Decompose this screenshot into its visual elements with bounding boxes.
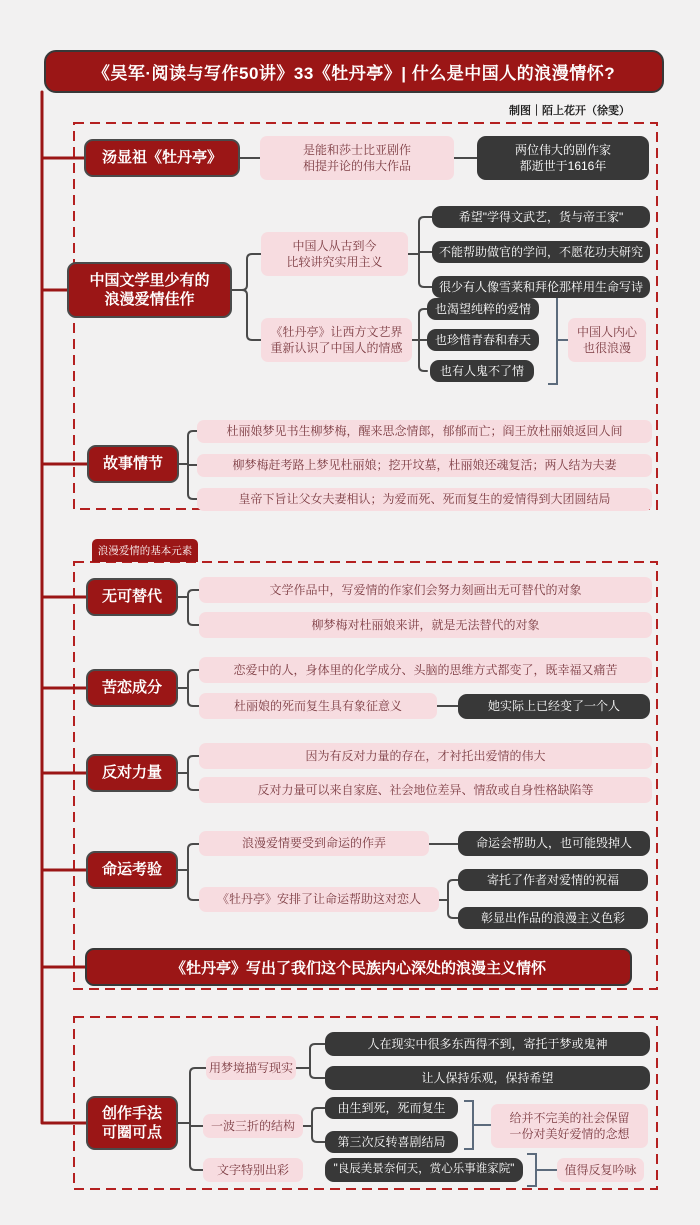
page-title: 《吴军·阅读与写作50讲》33《牡丹亭》| 什么是中国人的浪漫情怀? [44, 50, 664, 93]
point-fate-helps-lovers: 《牡丹亭》安排了让命运帮助这对恋人 [199, 887, 439, 912]
node-west-rediscovered-chinese-emotion: 《牡丹亭》让西方文艺界 重新认识了中国人的情感 [261, 318, 412, 362]
node-chinese-pragmatism: 中国人从古到今 比较讲究实用主义 [261, 232, 408, 276]
topic-opposing-forces: 反对力量 [86, 754, 178, 792]
spine-lines [42, 92, 87, 1123]
topic-test-of-fate: 命运考验 [86, 851, 178, 889]
point-sources-of-opposition: 反对力量可以来自家庭、社会地位差异、情敌或自身性格缺陷等 [199, 777, 652, 803]
note-worth-rereading: 值得反复吟咏 [557, 1158, 644, 1182]
note-chinese-hearts-romantic: 中国人内心 也很浪漫 [568, 318, 646, 362]
node-dream-depicts-reality: 用梦境描写现实 [206, 1056, 296, 1080]
conclusion-banner: 《牡丹亭》写出了我们这个民族内心深处的浪漫主义情怀 [85, 948, 632, 986]
note-shakespeare-comparison: 是能和莎士比亚剧作 相提并论的伟大作品 [260, 136, 454, 180]
mindmap-canvas: 《吴军·阅读与写作50讲》33《牡丹亭》| 什么是中国人的浪漫情怀? 制图｜陌上… [0, 0, 700, 1225]
divider-tab-romantic-elements: 浪漫爱情的基本元素 [92, 539, 198, 562]
detail-authors-blessing: 寄托了作者对爱情的祝福 [458, 869, 648, 891]
node-brilliant-writing: 文字特别出彩 [203, 1158, 303, 1182]
detail-romanticism-color: 彰显出作品的浪漫主义色彩 [458, 907, 648, 929]
plot-resurrection: 柳梦梅赶考路上梦见杜丽娘；挖开坟墓，杜丽娘还魂复活；两人结为夫妻 [197, 454, 652, 477]
detail-cherish-youth-spring: 也珍惜青春和春天 [427, 329, 539, 351]
topic-bitter-love: 苦恋成分 [86, 669, 178, 707]
detail-famous-verse: "良辰美景奈何天，赏心乐事谁家院" [325, 1158, 523, 1182]
detail-third-twist-comedy: 第三次反转喜剧结局 [325, 1131, 458, 1153]
topic-tang-xianzu-peony-pavilion: 汤显祖《牡丹亭》 [84, 139, 240, 177]
topic-storyline: 故事情节 [87, 445, 179, 483]
point-liu-irreplaceable-to-du: 柳梦梅对杜丽娘来讲，就是无法替代的对象 [199, 612, 652, 638]
detail-pure-love: 也渴望纯粹的爱情 [427, 298, 539, 320]
detail-stay-optimistic: 让人保持乐观，保持希望 [325, 1066, 650, 1090]
point-chemistry-of-love: 恋爱中的人，身体里的化学成分、头脑的思维方式都变了，既幸福又痛苦 [199, 657, 652, 683]
point-fate-teases-love: 浪漫爱情要受到命运的作弄 [199, 831, 429, 856]
fact-both-died-1616: 两位伟大的剧作家 都逝世于1616年 [477, 136, 649, 180]
detail-no-official-use: 不能帮助做官的学问，不愿花功夫研究 [432, 241, 650, 263]
topic-creative-technique: 创作手法 可圈可点 [86, 1096, 178, 1150]
node-twisting-structure: 一波三折的结构 [203, 1114, 303, 1138]
detail-human-ghost-love: 也有人鬼不了情 [430, 360, 534, 382]
plot-happy-ending: 皇帝下旨让父女夫妻相认；为爱而死、死而复生的爱情得到大团圆结局 [197, 488, 652, 511]
detail-serve-emperor: 希望"学得文武艺，货与帝王家" [432, 206, 650, 228]
point-rebirth-symbolism: 杜丽娘的死而复生具有象征意义 [199, 693, 437, 719]
detail-fate-helps-or-destroys: 命运会帮助人，也可能毁掉人 [458, 831, 650, 856]
note-hope-for-imperfect-society: 给并不完美的社会保留 一份对美好爱情的念想 [491, 1104, 648, 1148]
detail-she-changed: 她实际上已经变了一个人 [458, 694, 650, 719]
detail-life-death-rebirth: 由生到死，死而复生 [325, 1097, 458, 1119]
topic-irreplaceable: 无可替代 [86, 578, 178, 616]
plot-dream-and-death: 杜丽娘梦见书生柳梦梅，醒来思念情郎，郁郁而亡；阎王放杜丽娘返回人间 [197, 420, 652, 443]
detail-entrust-to-dreams: 人在现实中很多东西得不到，寄托于梦或鬼神 [325, 1032, 650, 1056]
topic-rare-romantic-masterpiece: 中国文学里少有的 浪漫爱情佳作 [67, 262, 232, 318]
detail-shelley-byron: 很少有人像雪莱和拜伦那样用生命写诗 [432, 276, 650, 298]
point-opposition-magnifies-love: 因为有反对力量的存在，才衬托出爱情的伟大 [199, 743, 652, 769]
point-writers-depict-irreplaceable: 文学作品中，写爱情的作家们会努力刻画出无可替代的对象 [199, 577, 652, 603]
credit-line: 制图｜陌上花开（徐雯） [509, 102, 630, 118]
